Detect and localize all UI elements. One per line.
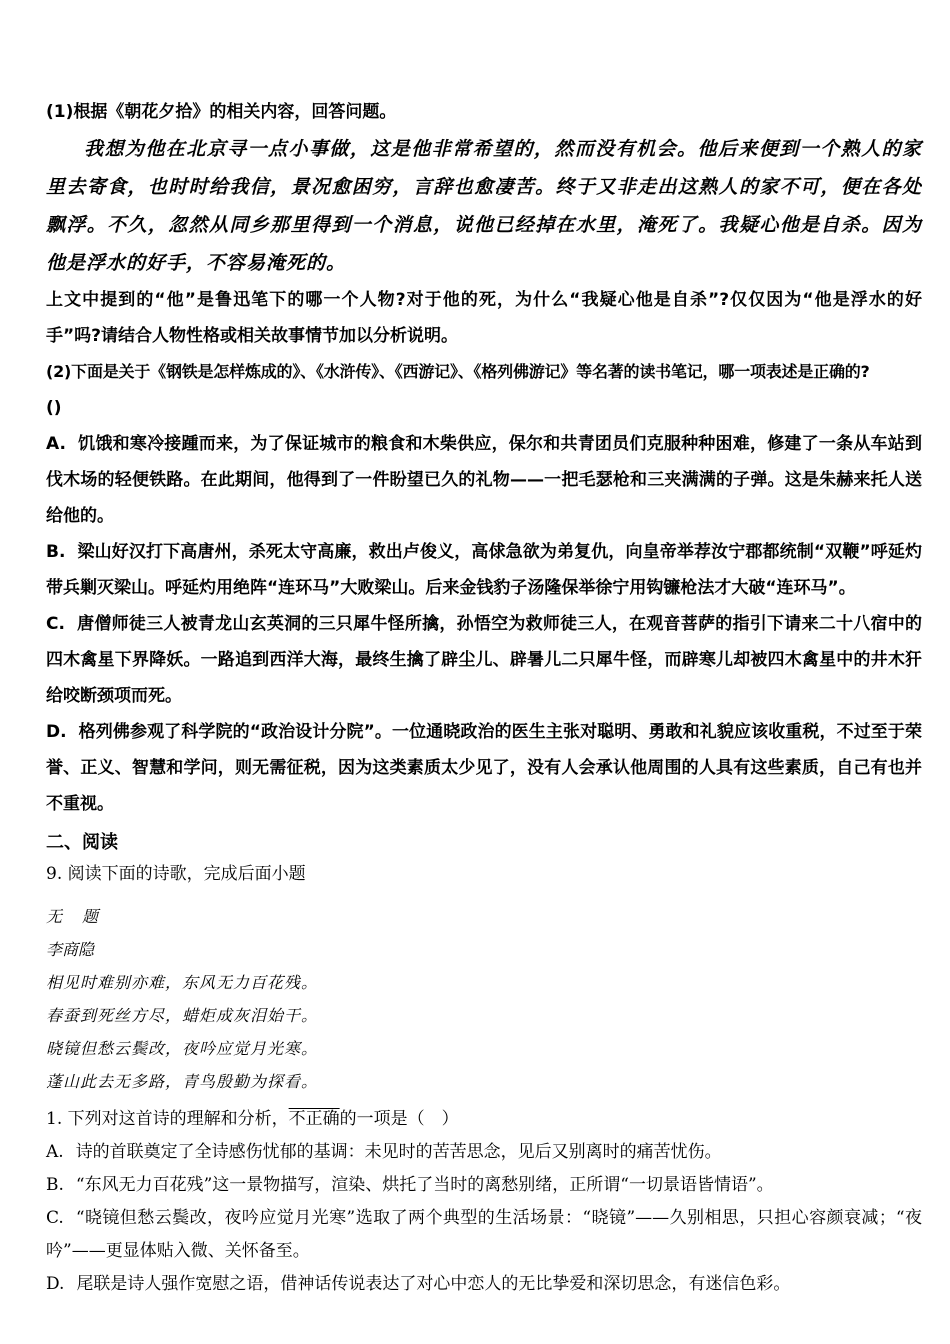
option-b-text: 梁山好汉打下高唐州，杀死太守高廉，救出卢俊义，高俅急欲为弟复仇，向皇帝举荐汝宁郡…	[46, 542, 922, 598]
poem-line: 蓬山此去无多路，青鸟殷勤为探看。	[46, 1065, 922, 1098]
option-a: A.饥饿和寒冷接踵而来，为了保证城市的粮食和木柴供应，保尔和共青团员们克服种种困…	[46, 426, 922, 534]
poem-option-a: A.诗的首联奠定了全诗感伤忧郁的基调：未见时的苦苦思念，见后又别离时的痛苦忧伤。	[46, 1136, 922, 1169]
question-2-intro: (2)下面是关于《钢铁是怎样炼成的》、《水浒传》、《西游记》、《格列佛游记》等名…	[46, 354, 922, 390]
poem-option-d: D.尾联是诗人强作宽慰之语，借神话传说表达了对心中恋人的无比挚爱和深切思念，有迷…	[46, 1268, 922, 1301]
option-c-text: 唐僧师徒三人被青龙山玄英洞的三只犀牛怪所擒，孙悟空为救师徒三人，在观音菩萨的指引…	[46, 614, 922, 706]
poem-option-c-label: C.	[46, 1208, 64, 1228]
poem-line: 晓镜但愁云鬓改，夜吟应觉月光寒。	[46, 1032, 922, 1065]
option-b-label: B.	[46, 542, 65, 562]
exam-paper-page: (1)根据《朝花夕拾》的相关内容，回答问题。 我想为他在北京寻一点小事做，这是他…	[0, 0, 950, 1344]
poem-option-a-text: 诗的首联奠定了全诗感伤忧郁的基调：未见时的苦苦思念，见后又别离时的痛苦忧伤。	[76, 1142, 722, 1162]
option-d-label: D.	[46, 722, 67, 742]
poem-title: 无 题	[46, 900, 922, 933]
reading-passage: 我想为他在北京寻一点小事做，这是他非常希望的，然而没有机会。他后来便到一个熟人的…	[46, 130, 922, 282]
poem-option-b-label: B.	[46, 1175, 64, 1195]
poem-option-a-label: A.	[46, 1142, 64, 1162]
poem-line: 相见时难别亦难，东风无力百花残。	[46, 966, 922, 999]
poem-option-b-text: “东风无力百花残”这一景物描写，渲染、烘托了当时的离愁别绪，正所谓“一切景语皆情…	[76, 1175, 774, 1195]
section-2-header: 二、阅读	[46, 828, 922, 858]
poem-author: 李商隐	[46, 933, 922, 966]
poem-option-c: C.“晓镜但愁云鬓改，夜吟应觉月光寒”选取了两个典型的生活场景：“晓镜”——久别…	[46, 1202, 922, 1268]
option-d: D.格列佛参观了科学院的“政治设计分院”。一位通晓政治的医生主张对聪明、勇敢和礼…	[46, 714, 922, 822]
poem-option-b: B.“东风无力百花残”这一景物描写，渲染、烘托了当时的离愁别绪，正所谓“一切景语…	[46, 1169, 922, 1202]
question-1-prompt: 上文中提到的“他”是鲁迅笔下的哪一个人物?对于他的死，为什么“我疑心他是自杀”?…	[46, 282, 922, 354]
poem-line: 春蚕到死丝方尽，蜡炬成灰泪始干。	[46, 999, 922, 1032]
poem-sub-question-emphasis: 不正确	[289, 1109, 340, 1129]
option-c: C.唐僧师徒三人被青龙山玄英洞的三只犀牛怪所擒，孙悟空为救师徒三人，在观音菩萨的…	[46, 606, 922, 714]
option-a-label: A.	[46, 434, 66, 454]
poem-option-d-text: 尾联是诗人强作宽慰之语，借神话传说表达了对心中恋人的无比挚爱和深切思念，有迷信色…	[76, 1274, 790, 1294]
option-a-text: 饥饿和寒冷接踵而来，为了保证城市的粮食和木柴供应，保尔和共青团员们克服种种困难，…	[46, 434, 922, 526]
poem-sub-question: 1. 下列对这首诗的理解和分析，不正确的一项是（ ）	[46, 1103, 922, 1136]
option-d-text: 格列佛参观了科学院的“政治设计分院”。一位通晓政治的医生主张对聪明、勇敢和礼貌应…	[46, 722, 922, 814]
option-c-label: C.	[46, 614, 65, 634]
poem-sub-question-suffix: 的一项是（ ）	[340, 1109, 459, 1129]
poem-sub-question-prefix: 1. 下列对这首诗的理解和分析，	[46, 1109, 289, 1129]
question-9-intro: 9. 阅读下面的诗歌，完成后面小题	[46, 858, 922, 891]
poem-option-d-label: D.	[46, 1274, 64, 1294]
option-b: B.梁山好汉打下高唐州，杀死太守高廉，救出卢俊义，高俅急欲为弟复仇，向皇帝举荐汝…	[46, 534, 922, 606]
poem-option-c-text: “晓镜但愁云鬓改，夜吟应觉月光寒”选取了两个典型的生活场景：“晓镜”——久别相思…	[46, 1208, 922, 1261]
question-1-intro: (1)根据《朝花夕拾》的相关内容，回答问题。	[46, 94, 922, 130]
question-2-answer-bracket: ()	[46, 390, 922, 426]
